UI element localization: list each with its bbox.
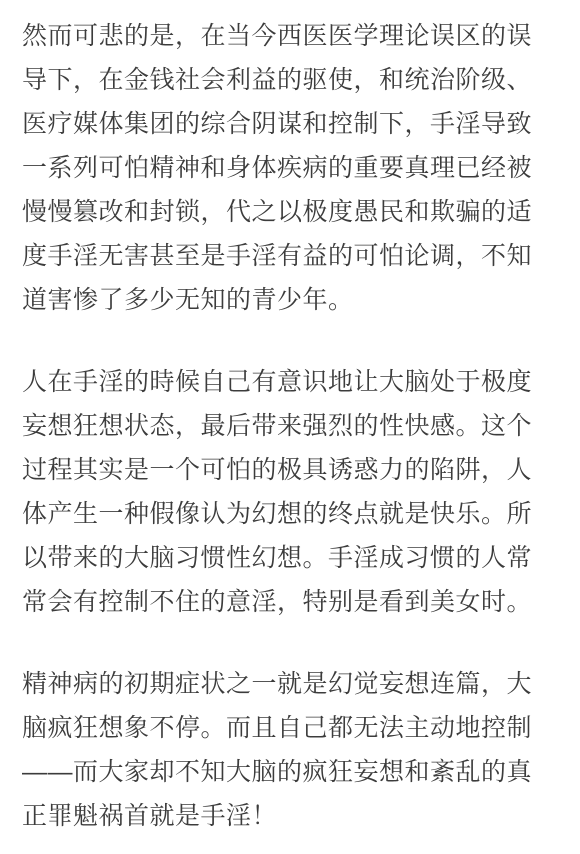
text-line: 度手淫无害甚至是手淫有益的可怕论调，不知 <box>22 234 558 278</box>
text-line: 然而可悲的是，在当今西医医学理论误区的误 <box>22 14 558 58</box>
text-line: 常会有控制不住的意淫，特别是看到美女时。 <box>22 580 558 624</box>
paragraph: 然而可悲的是，在当今西医医学理论误区的误导下，在金钱社会利益的驱使，和统治阶级、… <box>22 14 558 322</box>
text-line: 道害惨了多少无知的青少年。 <box>22 278 558 322</box>
text-line: 脑疯狂想象不停。而且自己都无法主动地控制 <box>22 706 558 750</box>
text-line: 医疗媒体集团的综合阴谋和控制下，手淫导致 <box>22 102 558 146</box>
text-line: 正罪魁祸首就是手淫！ <box>22 794 558 838</box>
text-line: 过程其实是一个可怕的极具诱惑力的陷阱，人 <box>22 448 558 492</box>
text-line: 以带来的大脑习惯性幻想。手淫成习惯的人常 <box>22 536 558 580</box>
article-body: 然而可悲的是，在当今西医医学理论误区的误导下，在金钱社会利益的驱使，和统治阶级、… <box>22 14 558 838</box>
text-line: 一系列可怕精神和身体疾病的重要真理已经被 <box>22 146 558 190</box>
text-line: 精神病的初期症状之一就是幻觉妄想连篇，大 <box>22 662 558 706</box>
article-page: 然而可悲的是，在当今西医医学理论误区的误导下，在金钱社会利益的驱使，和统治阶级、… <box>0 0 580 854</box>
text-line: 体产生一种假像认为幻想的终点就是快乐。所 <box>22 492 558 536</box>
text-line: 人在手淫的時候自己有意识地让大脑处于极度 <box>22 360 558 404</box>
text-line: 妄想狂想状态，最后带来强烈的性快感。这个 <box>22 404 558 448</box>
text-line: 导下，在金钱社会利益的驱使，和统治阶级、 <box>22 58 558 102</box>
text-line: ——而大家却不知大脑的疯狂妄想和紊乱的真 <box>22 750 558 794</box>
text-line: 慢慢篡改和封锁，代之以极度愚民和欺骗的适 <box>22 190 558 234</box>
paragraph: 人在手淫的時候自己有意识地让大脑处于极度妄想狂想状态，最后带来强烈的性快感。这个… <box>22 360 558 624</box>
paragraph: 精神病的初期症状之一就是幻觉妄想连篇，大脑疯狂想象不停。而且自己都无法主动地控制… <box>22 662 558 838</box>
